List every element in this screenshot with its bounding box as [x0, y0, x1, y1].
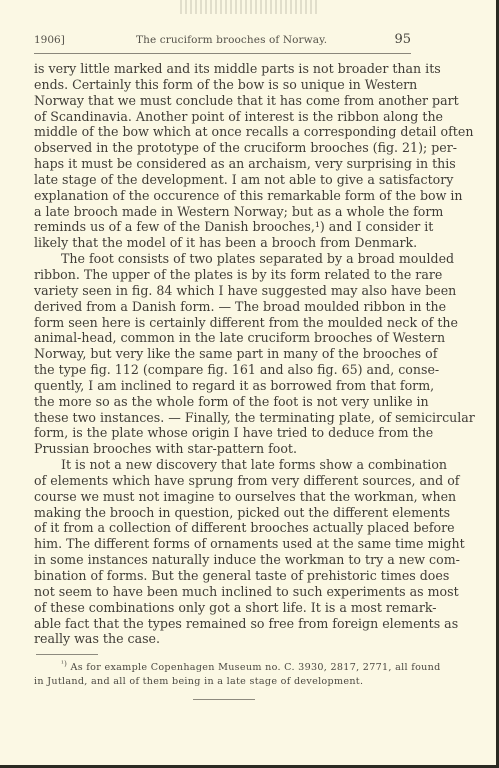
text-line: ends. Certainly this form of the bow is …: [34, 77, 411, 93]
text-line: course we must not imagine to ourselves …: [34, 489, 411, 505]
text-line: really was the case.: [34, 631, 411, 647]
text-line: of it from a collection of different bro…: [34, 520, 411, 536]
text-line: Norway that we must conclude that it has…: [34, 93, 411, 109]
section-end-rule: [193, 699, 255, 700]
footnote-text: As for example Copenhagen Museum no. C. …: [71, 662, 441, 673]
text-line: is very little marked and its middle par…: [34, 61, 411, 77]
text-line: making the brooch in question, picked ou…: [34, 505, 411, 521]
text-line: of Scandinavia. Another point of interes…: [34, 109, 411, 125]
text-line: late stage of the development. I am not …: [34, 172, 411, 188]
paragraph-1: is very little marked and its middle par…: [34, 61, 411, 251]
text-line: him. The different forms of ornaments us…: [34, 536, 411, 552]
text-line: ribbon. The upper of the plates is by it…: [34, 267, 411, 283]
text-line: likely that the model of it has been a b…: [34, 235, 411, 251]
footnote-marker: ¹): [61, 660, 67, 668]
text-line: of these combinations only got a short l…: [34, 600, 411, 616]
text-line: middle of the bow which at once recalls …: [34, 124, 411, 140]
text-line: of elements which have sprung from very …: [34, 473, 411, 489]
text-line: haps it must be considered as an archais…: [34, 156, 411, 172]
text-line: bination of forms. But the general taste…: [34, 568, 411, 584]
text-line: these two instances. — Finally, the term…: [34, 410, 411, 426]
text-line: able fact that the types remained so fre…: [34, 616, 411, 632]
running-header: 1906] The cruciform brooches of Norway. …: [34, 32, 411, 48]
header-year: 1906]: [34, 34, 65, 46]
text-line: a late brooch made in Western Norway; bu…: [34, 204, 411, 220]
text-line: form, is the plate whose origin I have t…: [34, 425, 411, 441]
text-line: Prussian brooches with star-pattern foot…: [34, 441, 411, 457]
text-line: It is not a new discovery that late form…: [34, 457, 411, 473]
header-rule: [34, 53, 411, 54]
text-line: the type fig. 112 (compare fig. 161 and …: [34, 362, 411, 378]
text-line: the more so as the whole form of the foo…: [34, 394, 411, 410]
text-line: observed in the prototype of the crucifo…: [34, 140, 411, 156]
paper-speck: [423, 498, 425, 500]
text-line: reminds us of a few of the Danish brooch…: [34, 219, 411, 235]
text-line: derived from a Danish form. — The broad …: [34, 299, 411, 315]
page-number: 95: [394, 32, 411, 47]
text-line: not seem to have been much inclined to s…: [34, 584, 411, 600]
text-line: explanation of the occurence of this rem…: [34, 188, 411, 204]
body-text: is very little marked and its middle par…: [34, 61, 411, 647]
book-page: 1906] The cruciform brooches of Norway. …: [0, 0, 496, 765]
text-line: Norway, but very like the same part in m…: [34, 346, 411, 362]
paragraph-3: It is not a new discovery that late form…: [34, 457, 411, 647]
paragraph-2: The foot consists of two plates separate…: [34, 251, 411, 457]
bleed-through-marks: [180, 0, 320, 14]
footnote-rule: [36, 654, 98, 655]
footnote-line: in Jutland, and all of them being in a l…: [34, 675, 411, 689]
running-title: The cruciform brooches of Norway.: [136, 34, 327, 46]
text-line: form seen here is certainly different fr…: [34, 315, 411, 331]
text-line: variety seen in fig. 84 which I have sug…: [34, 283, 411, 299]
text-line: animal-head, common in the late crucifor…: [34, 330, 411, 346]
footnotes: ¹) As for example Copenhagen Museum no. …: [34, 661, 411, 689]
footnote-line: ¹) As for example Copenhagen Museum no. …: [34, 661, 411, 675]
text-line: quently, I am inclined to regard it as b…: [34, 378, 411, 394]
text-line: The foot consists of two plates separate…: [34, 251, 411, 267]
text-line: in some instances naturally induce the w…: [34, 552, 411, 568]
